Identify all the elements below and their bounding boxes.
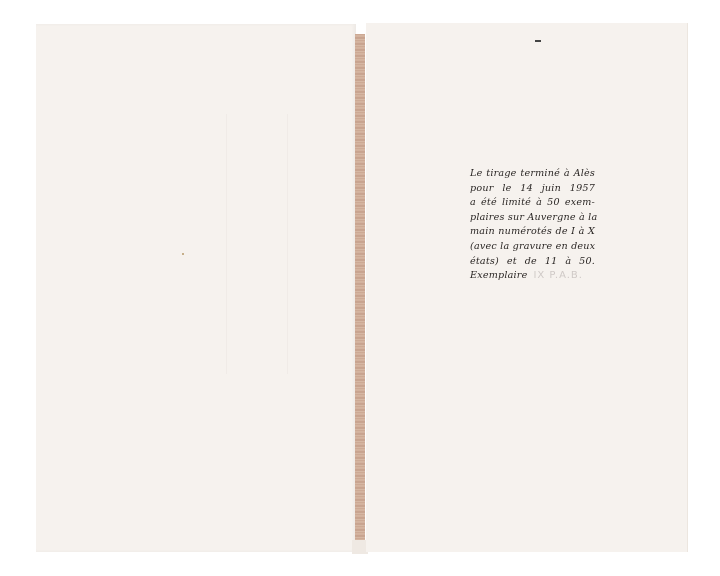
left-page: [36, 24, 356, 552]
paper-speck: [182, 253, 184, 255]
right-page: [366, 23, 688, 552]
handwritten-copy-number: IX P.A.B.: [533, 270, 583, 281]
colophon-text: Le tirage terminé à Alès pour le 14 juin…: [470, 167, 595, 284]
colophon-line: a été limité à 50 exem-: [470, 196, 595, 211]
colophon-line: Le tirage terminé à Alès: [470, 167, 595, 182]
book-spine: [355, 34, 365, 546]
top-mark: [535, 40, 541, 42]
colophon-line: main numérotés de I à X: [470, 225, 595, 240]
colophon-line: pour le 14 juin 1957: [470, 182, 595, 197]
colophon-last-line: ExemplaireIX P.A.B.: [470, 269, 595, 284]
colophon-line: plaires sur Auvergne à la: [470, 211, 595, 226]
colophon-line: (avec la gravure en deux: [470, 240, 595, 255]
exemplaire-label: Exemplaire: [470, 270, 527, 281]
ghost-impression: [226, 114, 288, 374]
colophon-line: états) et de 11 à 50.: [470, 255, 595, 270]
